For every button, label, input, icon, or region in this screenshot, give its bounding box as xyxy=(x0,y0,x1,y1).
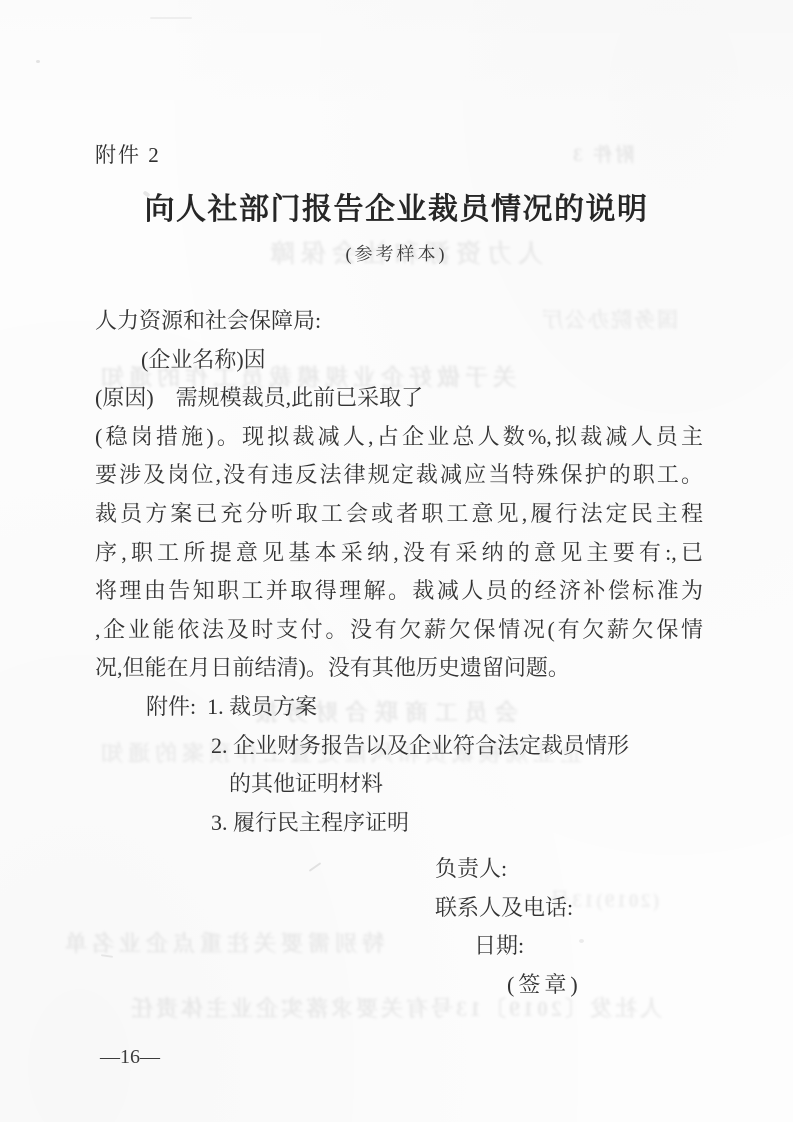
attachment-item-3: 3. 履行民主程序证明 xyxy=(95,804,703,843)
page-number: —16— xyxy=(100,1046,160,1069)
attachment-list-row: 附件:1. 裁员方案 xyxy=(95,688,703,727)
bleed-through-text: 特别需要关注重点企业名单 xyxy=(60,927,384,958)
scan-speck xyxy=(150,17,192,19)
body-line: 况,但能在月日前结清)。没有其他历史遗留问题。 xyxy=(95,649,703,688)
scan-speck xyxy=(309,862,322,872)
scanned-document-page: 附件 3 人力资源和社会保障 关于做好企业规模裁员工作的通知 国务院办公厅 会员… xyxy=(0,0,793,1122)
signature-contact-label: 联系人及电话: xyxy=(435,891,573,922)
body-line: (企业名称)因 xyxy=(95,341,703,380)
document-title: 向人社部门报告企业裁员情况的说明 xyxy=(0,184,793,228)
body-line: 要涉及岗位,没有违反法律规定裁减应当特殊保护的职工。 xyxy=(95,456,703,495)
attachment-item-2: 2. 企业财务报告以及企业符合法定裁员情形 xyxy=(95,727,703,766)
attachment-list-label: 附件: xyxy=(146,694,196,719)
signature-date-label: 日期: xyxy=(474,929,524,960)
document-subtitle: (参考样本) xyxy=(0,240,793,266)
body-line: (原因) 需规模裁员,此前已采取了 xyxy=(95,379,703,418)
bleed-through-text: 附件 3 xyxy=(570,140,634,167)
body-line: (稳岗措施)。现拟裁减人,占企业总人数%,拟裁减人员主 xyxy=(95,418,703,457)
attachment-number-label: 附件 2 xyxy=(95,139,161,169)
signature-responsible-label: 负责人: xyxy=(435,852,507,883)
scan-speck xyxy=(579,939,584,943)
body-line: 序,职工所提意见基本采纳,没有采纳的意见主要有:,已 xyxy=(95,534,703,573)
scan-speck xyxy=(36,60,40,63)
document-body: 人力资源和社会保障局: (企业名称)因 (原因) 需规模裁员,此前已采取了 (稳… xyxy=(95,302,703,842)
body-line: 裁员方案已充分听取工会或者职工意见,履行法定民主程 xyxy=(95,495,703,534)
bleed-through-text: 人社发〔2019〕13号有关要求落实企业主体责任 xyxy=(128,992,662,1023)
body-line: ,企业能依法及时支付。没有欠薪欠保情况(有欠薪欠保情 xyxy=(95,611,703,650)
salutation-line: 人力资源和社会保障局: xyxy=(95,302,703,341)
attachment-item-2-continued: 的其他证明材料 xyxy=(95,765,703,804)
scan-speck xyxy=(101,954,113,958)
body-line: 将理由告知职工并取得理解。裁减人员的经济补偿标准为 xyxy=(95,572,703,611)
signature-seal-label: (签章) xyxy=(507,968,582,999)
attachment-item-1: 1. 裁员方案 xyxy=(207,694,317,719)
